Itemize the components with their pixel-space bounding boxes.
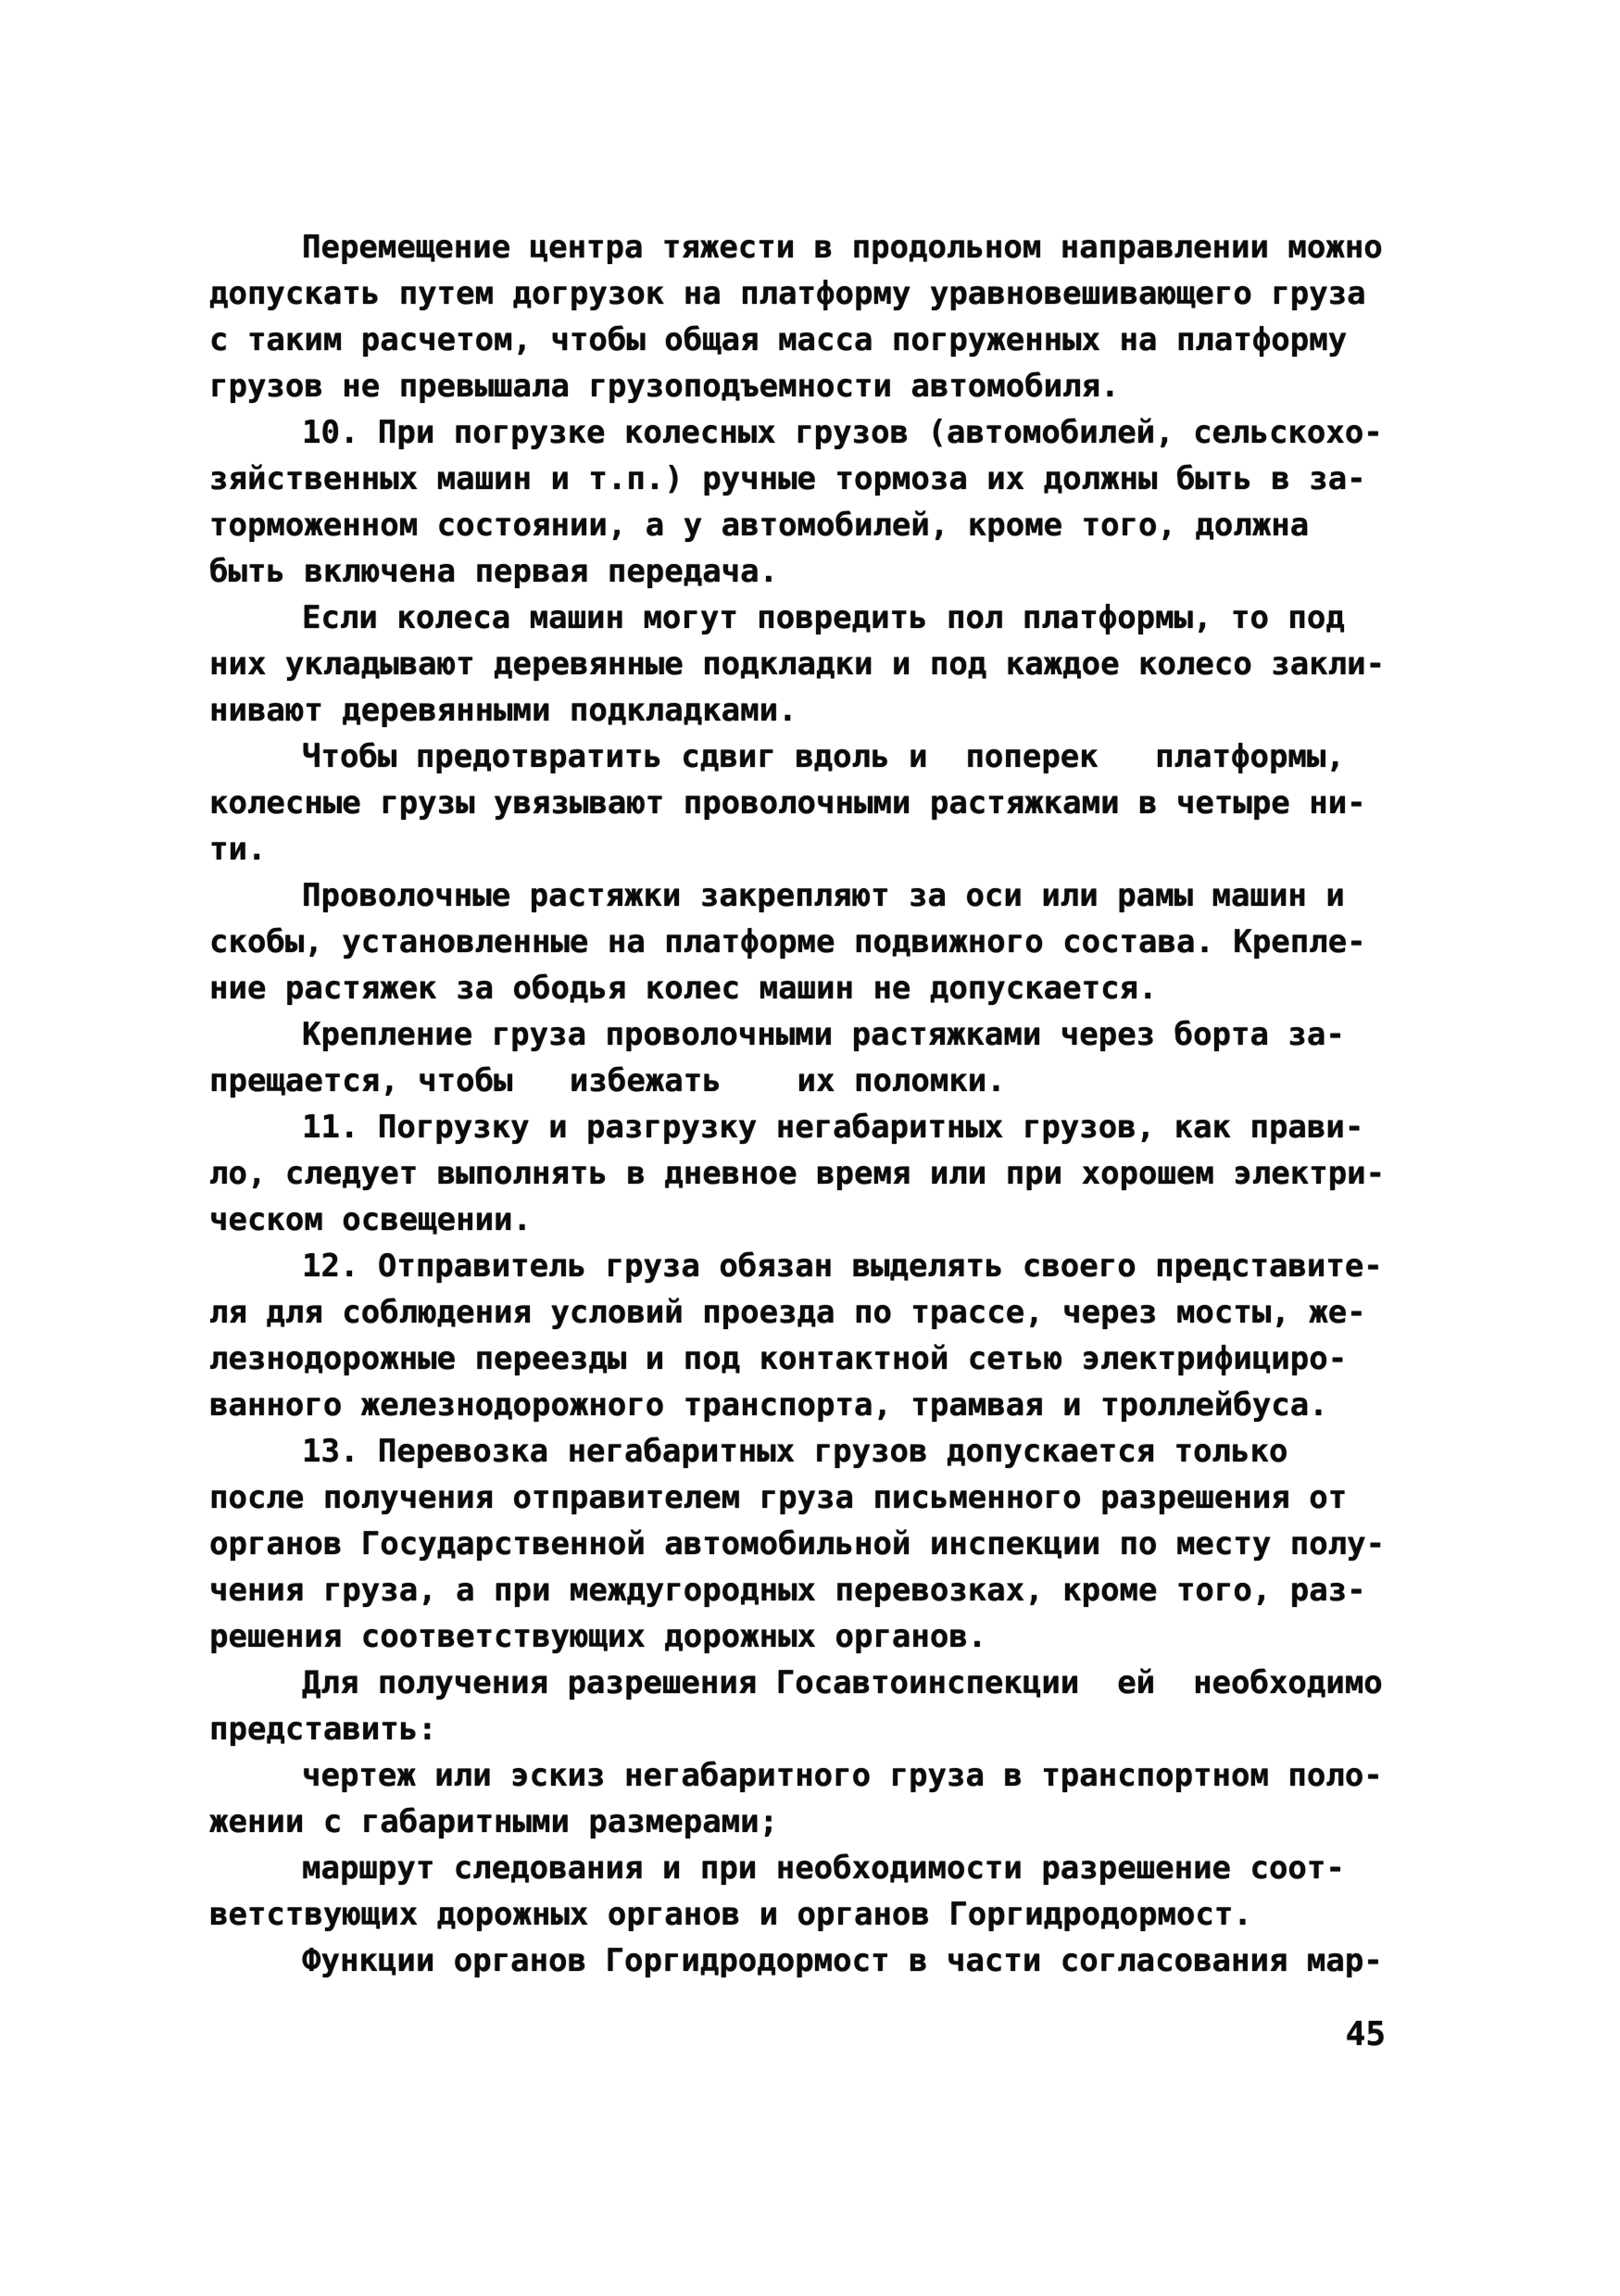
text-line: ти.: [209, 826, 1386, 872]
text-line: Проволочные растяжки закрепляют за оси и…: [209, 872, 1386, 919]
text-line: них укладывают деревянные подкладки и по…: [209, 641, 1386, 687]
text-line: ля для соблюдения условий проезда по тра…: [209, 1289, 1386, 1336]
document-page: Перемещение центра тяжести в продольном …: [0, 0, 1620, 2296]
text-line: Если колеса машин могут повредить пол пл…: [209, 595, 1386, 641]
text-line: 11. Погрузку и разгрузку негабаритных гр…: [209, 1104, 1386, 1150]
text-line: органов Государственной автомобильной ин…: [209, 1521, 1386, 1567]
page-number: 45: [209, 2012, 1386, 2058]
text-line: Для получения разрешения Госавтоинспекци…: [209, 1660, 1386, 1706]
text-line: Функции органов Горгидродормост в части …: [209, 1938, 1386, 1984]
text-line: ванного железнодорожного транспорта, тра…: [209, 1382, 1386, 1428]
text-line: лезнодорожные переезды и под контактной …: [209, 1336, 1386, 1382]
text-line: жении с габаритными размерами;: [209, 1799, 1386, 1845]
text-line: ветствующих дорожных органов и органов Г…: [209, 1891, 1386, 1938]
text-line: допускать путем догрузок на платформу ур…: [209, 270, 1386, 317]
text-line: скобы, установленные на платформе подвиж…: [209, 919, 1386, 965]
text-line: после получения отправителем груза письм…: [209, 1474, 1386, 1521]
text-line: чертеж или эскиз негабаритного груза в т…: [209, 1752, 1386, 1799]
text-line: 12. Отправитель груза обязан выделять св…: [209, 1243, 1386, 1289]
text-line: чения груза, а при междугородных перевоз…: [209, 1567, 1386, 1613]
text-line: колесные грузы увязывают проволочными ра…: [209, 780, 1386, 826]
text-line: торможенном состоянии, а у автомобилей, …: [209, 502, 1386, 548]
text-line: нивают деревянными подкладками.: [209, 687, 1386, 734]
text-line: ние растяжек за ободья колес машин не до…: [209, 965, 1386, 1011]
text-line: грузов не превышала грузоподъемности авт…: [209, 363, 1386, 409]
text-line: Крепление груза проволочными растяжками …: [209, 1011, 1386, 1058]
text-line: Перемещение центра тяжести в продольном …: [209, 224, 1386, 270]
text-line: ло, следует выполнять в дневное время ил…: [209, 1150, 1386, 1197]
text-block: Перемещение центра тяжести в продольном …: [209, 224, 1386, 1984]
text-line: представить:: [209, 1706, 1386, 1752]
text-line: зяйственных машин и т.п.) ручные тормоза…: [209, 456, 1386, 502]
text-line: 10. При погрузке колесных грузов (автомо…: [209, 409, 1386, 456]
text-line: быть включена первая передача.: [209, 548, 1386, 595]
text-line: Чтобы предотвратить сдвиг вдоль и попере…: [209, 734, 1386, 780]
text-line: ческом освещении.: [209, 1197, 1386, 1243]
text-line: 13. Перевозка негабаритных грузов допуск…: [209, 1428, 1386, 1474]
text-line: прещается, чтобы избежать их поломки.: [209, 1058, 1386, 1104]
text-line: решения соответствующих дорожных органов…: [209, 1613, 1386, 1660]
text-line: с таким расчетом, чтобы общая масса погр…: [209, 317, 1386, 363]
text-line: маршрут следования и при необходимости р…: [209, 1845, 1386, 1891]
